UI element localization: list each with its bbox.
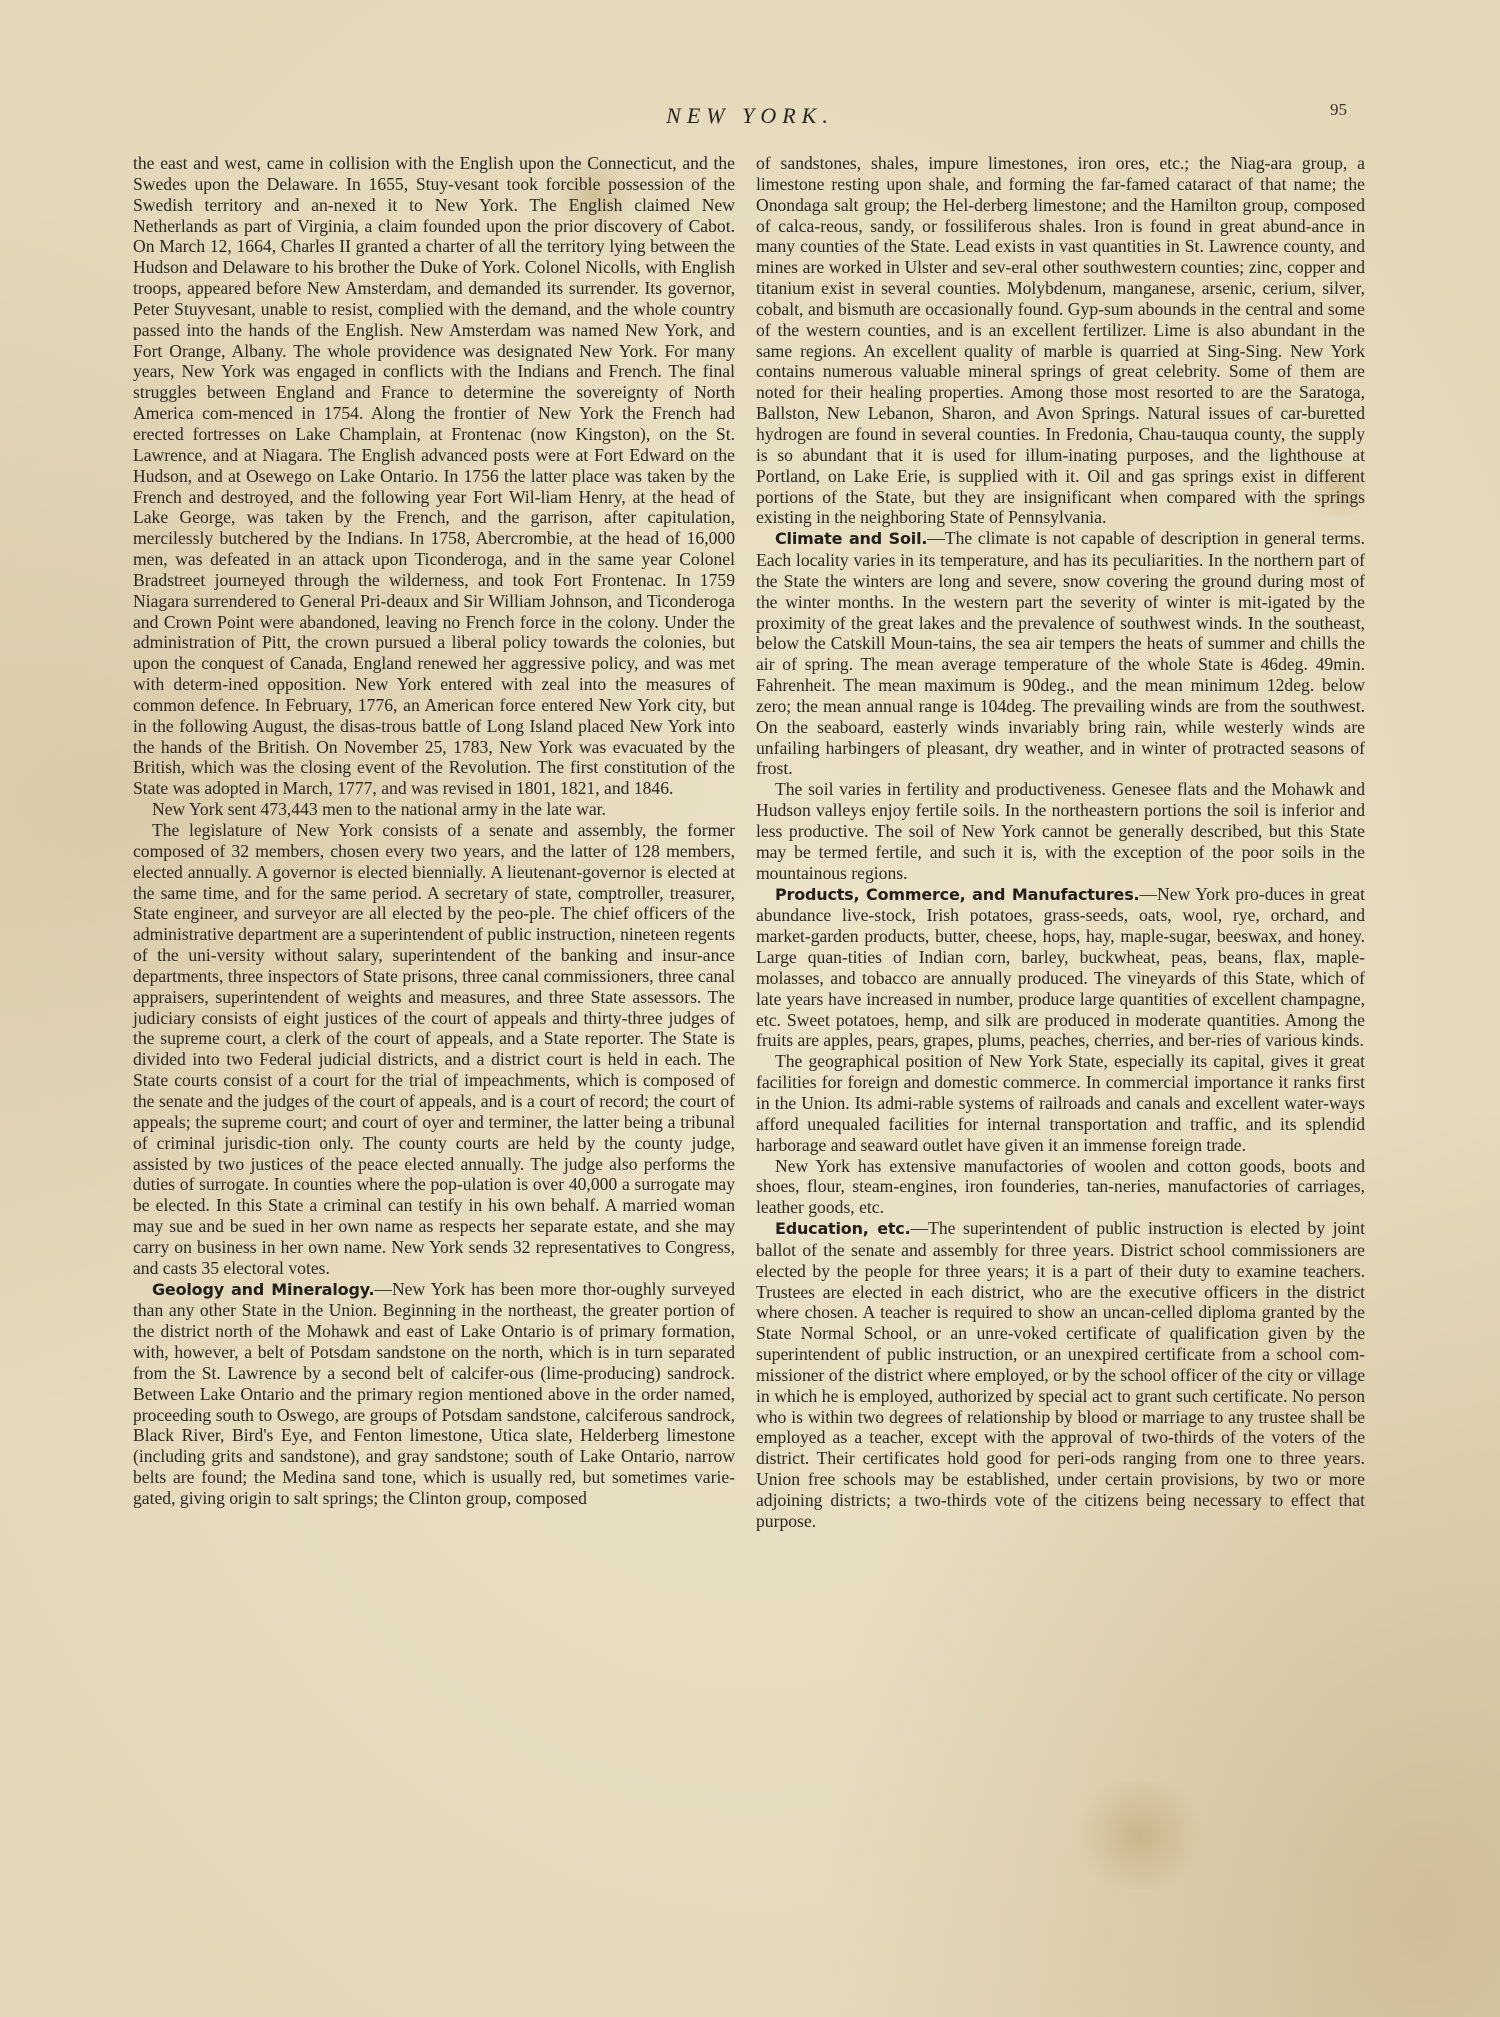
paragraph-text: The soil varies in fertility and product… [756,779,1365,882]
document-page: NEW YORK. 95 the east and west, came in … [0,0,1500,2017]
running-title: NEW YORK. [0,103,1500,129]
paragraph: The geographical position of New York St… [756,1051,1365,1155]
paragraph: New York sent 473,443 men to the nationa… [133,799,735,820]
paragraph-text: of sandstones, shales, impure limestones… [756,153,1365,527]
left-column: the east and west, came in collision wit… [133,153,735,1509]
paragraph-text: —The superintendent of public instructio… [756,1218,1365,1531]
paragraph: The legislature of New York consists of … [133,820,735,1279]
paragraph: Geology and Mineralogy.—New York has bee… [133,1279,735,1509]
section-heading-products: Products, Commerce, and Manufactures. [775,885,1139,904]
paragraph: of sandstones, shales, impure limestones… [756,153,1365,528]
paragraph-text: New York has extensive manufactories of … [756,1156,1365,1218]
paragraph: Climate and Soil.—The climate is not cap… [756,528,1365,779]
section-heading-climate: Climate and Soil. [775,529,927,548]
paragraph-text: —New York has been more thor-oughly surv… [133,1279,735,1508]
paper-stain [1070,1780,1210,1890]
paragraph-text: The legislature of New York consists of … [133,820,735,1278]
section-heading-education: Education, etc. [775,1219,910,1238]
paragraph: Education, etc.—The superintendent of pu… [756,1218,1365,1532]
paragraph-text: New York sent 473,443 men to the nationa… [152,799,606,819]
paragraph: the east and west, came in collision wit… [133,153,735,799]
paragraph-text: —The climate is not capable of descripti… [756,528,1365,778]
paragraph-text: the east and west, came in collision wit… [133,153,735,798]
paragraph: The soil varies in fertility and product… [756,779,1365,883]
paragraph: Products, Commerce, and Manufactures.—Ne… [756,884,1365,1052]
page-number: 95 [1330,100,1347,120]
section-heading-geology: Geology and Mineralogy. [152,1280,374,1299]
paragraph-text: The geographical position of New York St… [756,1051,1365,1154]
paragraph-text: —New York pro-duces in great abundance l… [756,884,1365,1051]
paragraph: New York has extensive manufactories of … [756,1156,1365,1219]
right-column: of sandstones, shales, impure limestones… [756,153,1365,1532]
